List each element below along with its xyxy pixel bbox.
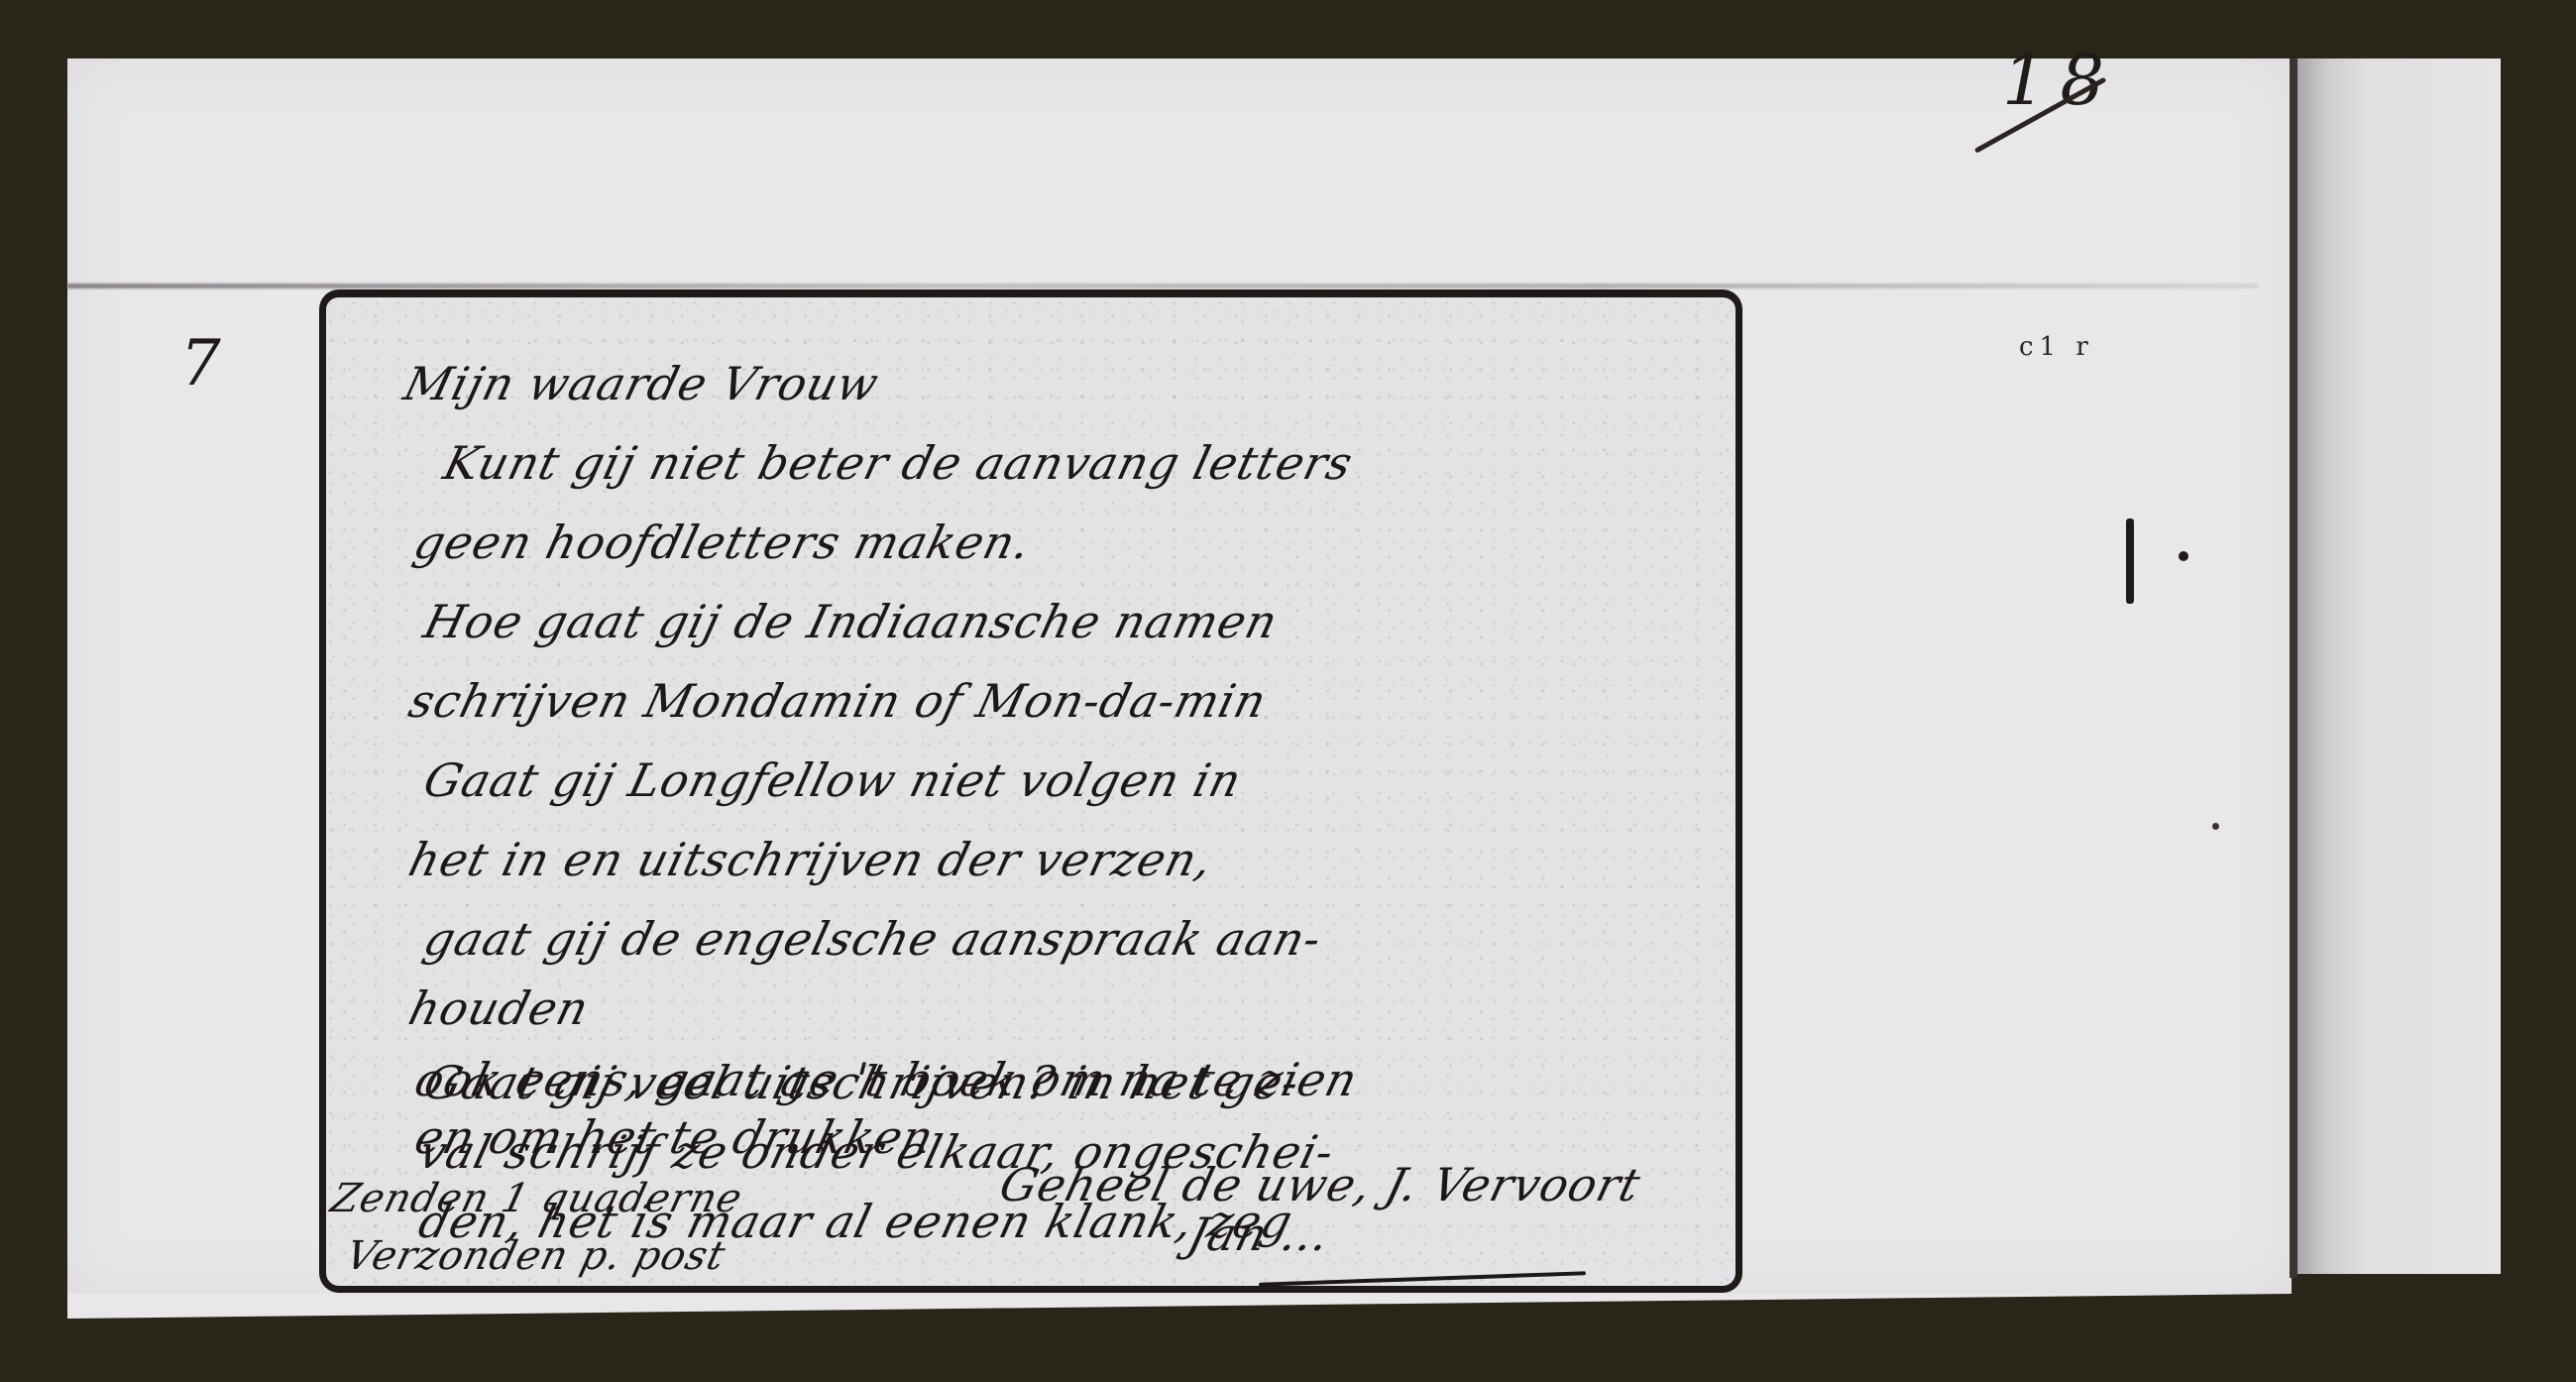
letter-salutation: Mijn waarde Vrouw: [398, 357, 884, 410]
letter-line: Hoe gaat gij de Indiaansche namen: [418, 595, 1284, 648]
letter-line: schrijven Mondamin of Mon-da-min: [403, 674, 1272, 728]
letter-line: en om het te drukken: [409, 1110, 940, 1164]
side-annotation-dot: [2179, 551, 2188, 561]
letter-line: Kunt gij niet beter de aanvang letters: [438, 436, 1358, 490]
letter-line: ook eens, gaat ge 't boek om na te zien: [409, 1053, 1363, 1106]
letter-signature: Jan ...: [1182, 1208, 1335, 1261]
letter-line: gaat gij de engelsche aanspraak aan-: [418, 912, 1327, 966]
letter-line: Gaat gij Longfellow niet volgen in: [418, 753, 1247, 807]
margin-number: 7: [180, 327, 221, 401]
letter-line: het in en uitschrijven der verzen,: [403, 833, 1218, 886]
letter-line: houden: [403, 981, 595, 1035]
paper-speck: [2212, 823, 2219, 830]
fold-line: [67, 284, 2258, 288]
side-annotation-top: c1 r: [2019, 332, 2094, 362]
side-annotation-vertical-stroke: [2126, 518, 2134, 604]
sheet-seam: [2290, 58, 2297, 1278]
letter-closing: Geheel de uwe, J. Vervoort: [994, 1158, 1646, 1211]
right-paper-strip: [2297, 58, 2501, 1274]
postscript-line: Verzonden p. post: [341, 1233, 729, 1279]
letter-line: geen hoofdletters maken.: [408, 516, 1037, 569]
postscript-line: Zenden 1 quaderne: [326, 1176, 747, 1221]
